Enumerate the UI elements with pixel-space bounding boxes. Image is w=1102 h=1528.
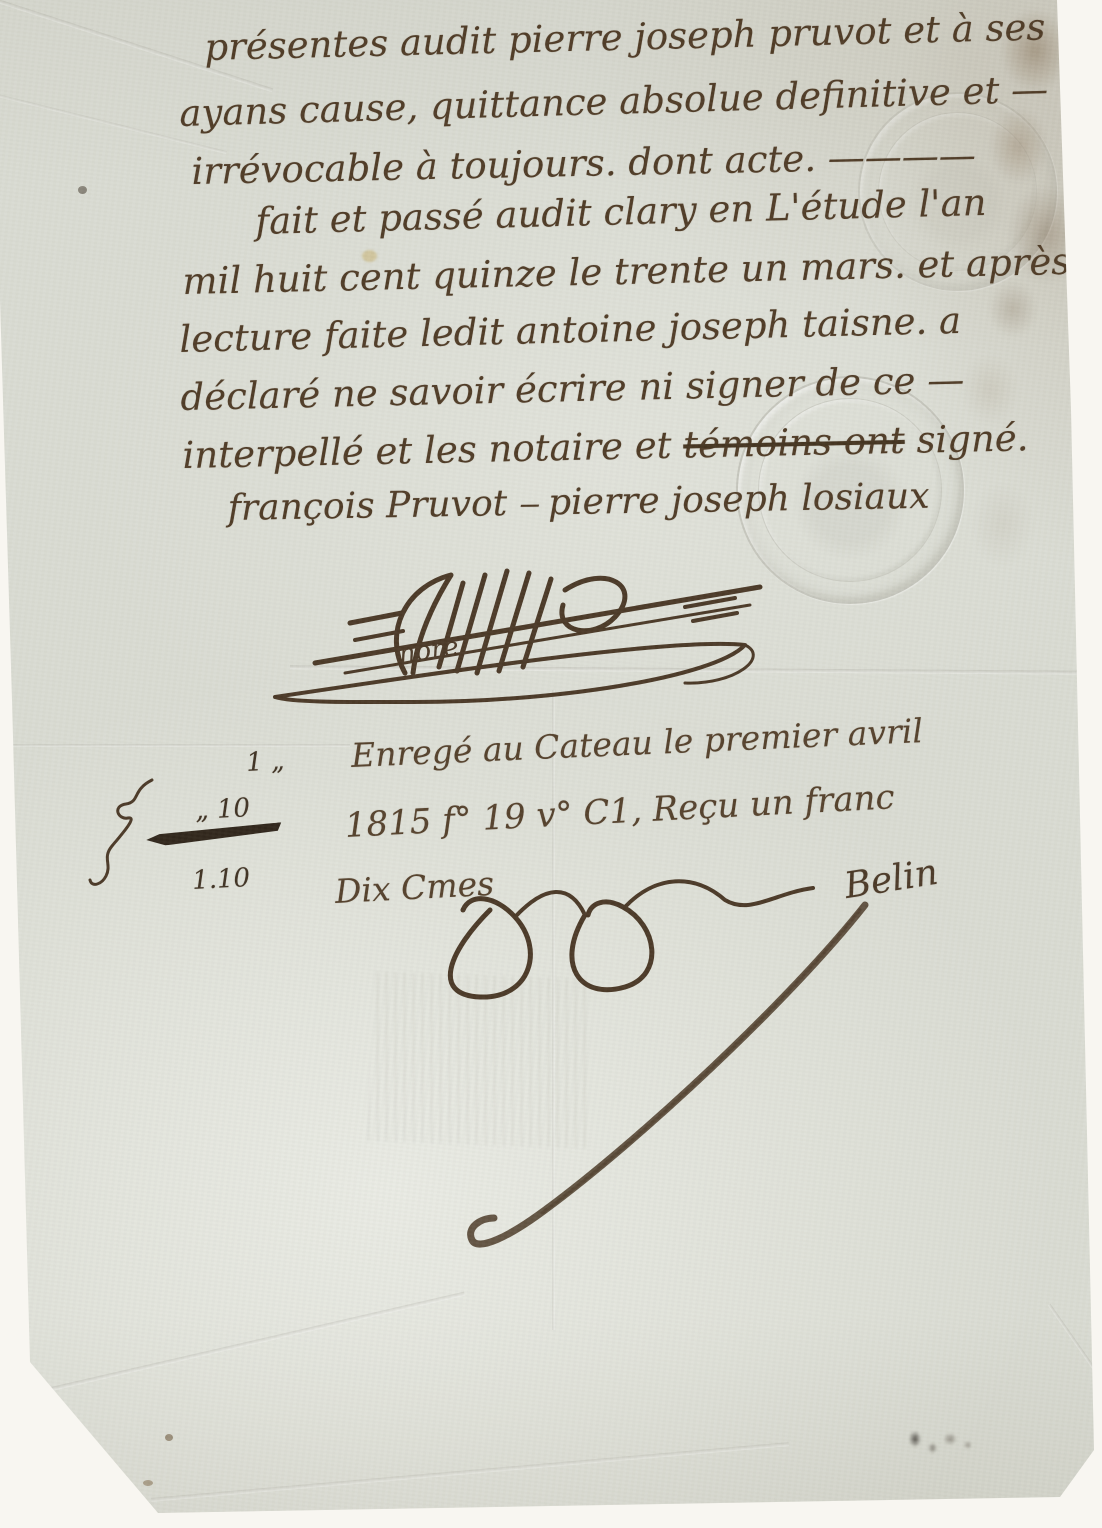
manuscript-line: lecture faite ledit antoine joseph taisn…	[179, 299, 962, 361]
fox-spot-4	[143, 1480, 153, 1486]
margin-fee-line-1: 1 „	[245, 746, 285, 778]
fox-spot-5	[14, 1498, 28, 1506]
manuscript-page: présentes audit pierre joseph pruvot et …	[0, 0, 1102, 1528]
notary-title-abbrev: nore	[397, 632, 461, 670]
manuscript-line: mil huit cent quinze le trente un mars. …	[182, 240, 1071, 303]
long-pen-stroke	[430, 880, 880, 1280]
witness-signature-pruvot: françois Pruvot	[227, 483, 507, 529]
crease-bottom-left-1	[45, 1292, 465, 1393]
struck-words: témoins ont	[683, 419, 905, 467]
scanned-document: présentes audit pierre joseph pruvot et …	[0, 0, 1102, 1528]
margin-paraph	[82, 768, 172, 893]
witness-signature-losiaux: pierre joseph losiaux	[548, 476, 930, 524]
fox-spot-2	[78, 186, 87, 194]
crease-horizontal-left	[0, 744, 350, 747]
sentence-pre: interpellé et les notaire et	[182, 424, 684, 477]
margin-fee-line-2: „ 10	[194, 793, 250, 826]
crease-bottom-right	[1048, 1304, 1102, 1379]
notary-signature-flourish: nore	[255, 545, 775, 715]
signature-separator: ⎯	[518, 483, 537, 524]
sentence-post: signé.	[904, 416, 1029, 462]
registration-line-1: Enregé au Cateau le premier avril	[350, 711, 923, 775]
manuscript-line: présentes audit pierre joseph pruvot et …	[204, 4, 1095, 69]
registration-line-2: 1815 f° 19 v° C1, Reçu un franc	[344, 777, 896, 846]
margin-fee-total: 1.10	[191, 863, 250, 896]
crease-bottom-left-2	[151, 1442, 789, 1502]
ink-smudge-bottom-right	[893, 1412, 981, 1472]
fox-spot-3	[165, 1434, 173, 1441]
